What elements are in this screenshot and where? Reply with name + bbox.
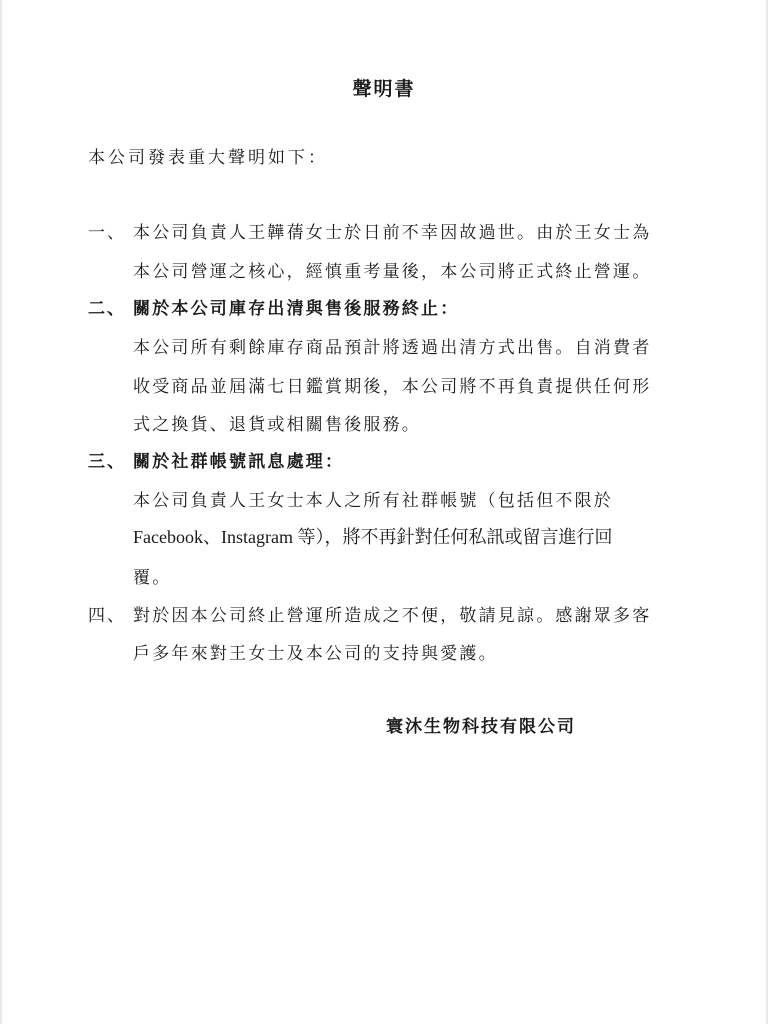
section-2-line-1: 本公司所有剩餘庫存商品預計將透過出清方式出售。自消費者 (133, 333, 651, 358)
section-4-line-1: 對於因本公司終止營運所造成之不便，敬請見諒。感謝眾多客 (133, 601, 651, 626)
section-2-number: 二、 (88, 294, 126, 319)
section-2-heading: 關於本公司庫存出清與售後服務終止： (133, 294, 459, 319)
section-1-line-1: 本公司負責人王韡蒨女士於日前不幸因故過世。由於王女士為 (133, 218, 651, 243)
section-4-number: 四、 (88, 601, 126, 626)
section-1-number: 一、 (88, 218, 126, 243)
section-3-line-1: 本公司負責人王女士本人之所有社群帳號（包括但不限於 (133, 486, 613, 511)
section-3-line-2: Facebook、Instagram 等），將不再針對任何私訊或留言進行回 (133, 523, 612, 549)
intro-text: 本公司發表重大聲明如下： (88, 143, 328, 168)
section-4-line-2: 戶多年來對王女士及本公司的支持與愛護。 (133, 639, 498, 664)
section-3-heading: 關於社群帳號訊息處理： (133, 447, 344, 472)
section-2-line-2: 收受商品並屆滿七日鑑賞期後，本公司將不再負責提供任何形 (133, 372, 651, 397)
company-signature: 寰沐生物科技有限公司 (386, 712, 576, 737)
statement-page: 聲明書 本公司發表重大聲明如下： 一、 本公司負責人王韡蒨女士於日前不幸因故過世… (0, 0, 768, 1024)
section-3-line-3: 覆。 (133, 563, 171, 588)
document-title: 聲明書 (0, 74, 768, 101)
section-2-line-3: 式之換貨、退貨或相關售後服務。 (133, 410, 421, 435)
section-1-line-2: 本公司營運之核心，經慎重考量後，本公司將正式終止營運。 (133, 257, 651, 282)
section-3-number: 三、 (88, 447, 126, 472)
